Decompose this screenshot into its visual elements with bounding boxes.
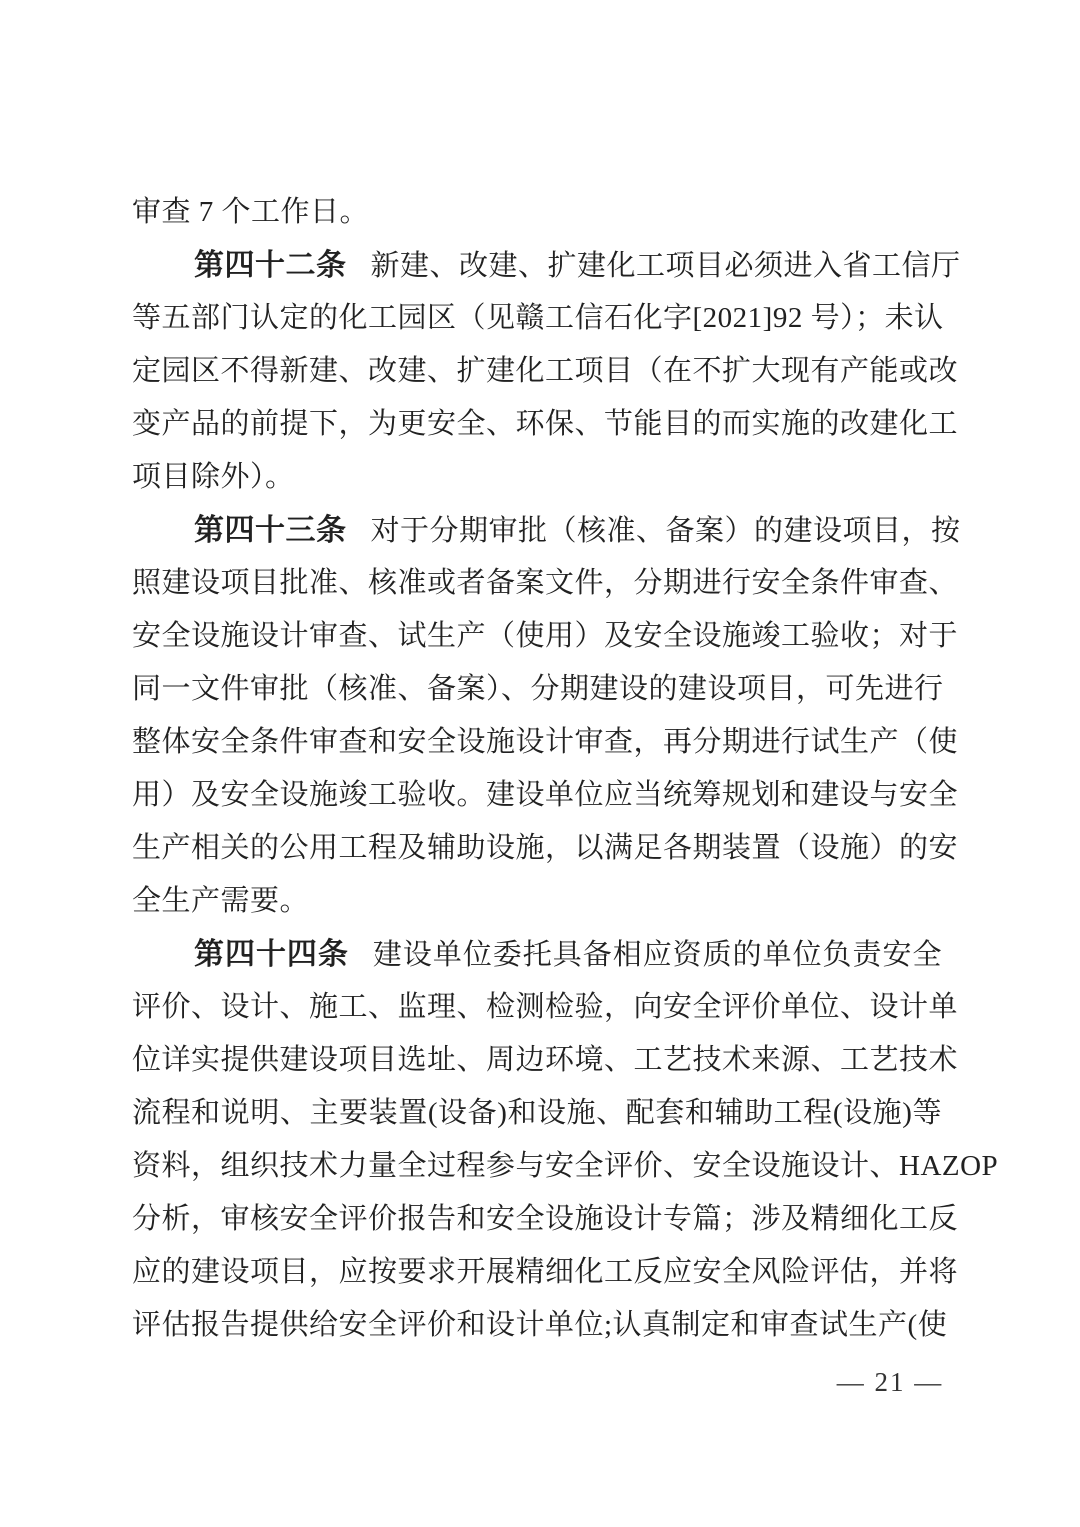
text-line: 位详实提供建设项目选址、周边环境、工艺技术来源、工艺技术 [132,1034,942,1087]
text-line-article-44: 第四十四条建设单位委托具备相应资质的单位负责安全 [132,928,942,981]
document-body: 审查 7 个工作日。 第四十二条新建、改建、扩建化工项目必须进入省工信厅 等五部… [132,186,942,1352]
article-number: 第四十三条 [194,514,347,547]
text-line: 审查 7 个工作日。 [132,186,942,239]
text-line: 生产相关的公用工程及辅助设施，以满足各期装置（设施）的安 [132,822,942,875]
text-line: 项目除外）。 [132,451,942,504]
text-line-article-43: 第四十三条对于分期审批（核准、备案）的建设项目，按 [132,504,942,557]
text-line: 整体安全条件审查和安全设施设计审查，再分期进行试生产（使 [132,716,942,769]
text-line: 评估报告提供给安全评价和设计单位;认真制定和审查试生产(使 [132,1299,942,1352]
text-line: 同一文件审批（核准、备案）、分期建设的建设项目，可先进行 [132,663,942,716]
text-line-content: 建设单位委托具备相应资质的单位负责安全 [373,939,942,971]
text-line: 评价、设计、施工、监理、检测检验，向安全评价单位、设计单 [132,981,942,1034]
text-line: 全生产需要。 [132,875,942,928]
text-line: 资料，组织技术力量全过程参与安全评价、安全设施设计、HAZOP [132,1140,942,1193]
text-line: 安全设施设计审查、试生产（使用）及安全设施竣工验收；对于 [132,610,942,663]
text-line: 用）及安全设施竣工验收。建设单位应当统筹规划和建设与安全 [132,769,942,822]
article-number: 第四十四条 [194,938,349,971]
text-line: 应的建设项目，应按要求开展精细化工反应安全风险评估，并将 [132,1246,942,1299]
text-line: 等五部门认定的化工园区（见赣工信石化字[2021]92 号）；未认 [132,292,942,345]
page-number: — 21 — [820,1364,960,1400]
article-number: 第四十二条 [194,249,347,282]
text-line-article-42: 第四十二条新建、改建、扩建化工项目必须进入省工信厅 [132,239,942,292]
text-line: 照建设项目批准、核准或者备案文件，分期进行安全条件审查、 [132,557,942,610]
text-line: 变产品的前提下，为更安全、环保、节能目的而实施的改建化工 [132,398,942,451]
text-line-content: 对于分期审批（核准、备案）的建设项目，按 [371,515,961,547]
text-line-content: 新建、改建、扩建化工项目必须进入省工信厅 [371,250,961,282]
text-line: 分析，审核安全评价报告和安全设施设计专篇；涉及精细化工反 [132,1193,942,1246]
text-line: 定园区不得新建、改建、扩建化工项目（在不扩大现有产能或改 [132,345,942,398]
document-page: 审查 7 个工作日。 第四十二条新建、改建、扩建化工项目必须进入省工信厅 等五部… [0,0,1080,1527]
text-line: 流程和说明、主要装置(设备)和设施、配套和辅助工程(设施)等 [132,1087,942,1140]
